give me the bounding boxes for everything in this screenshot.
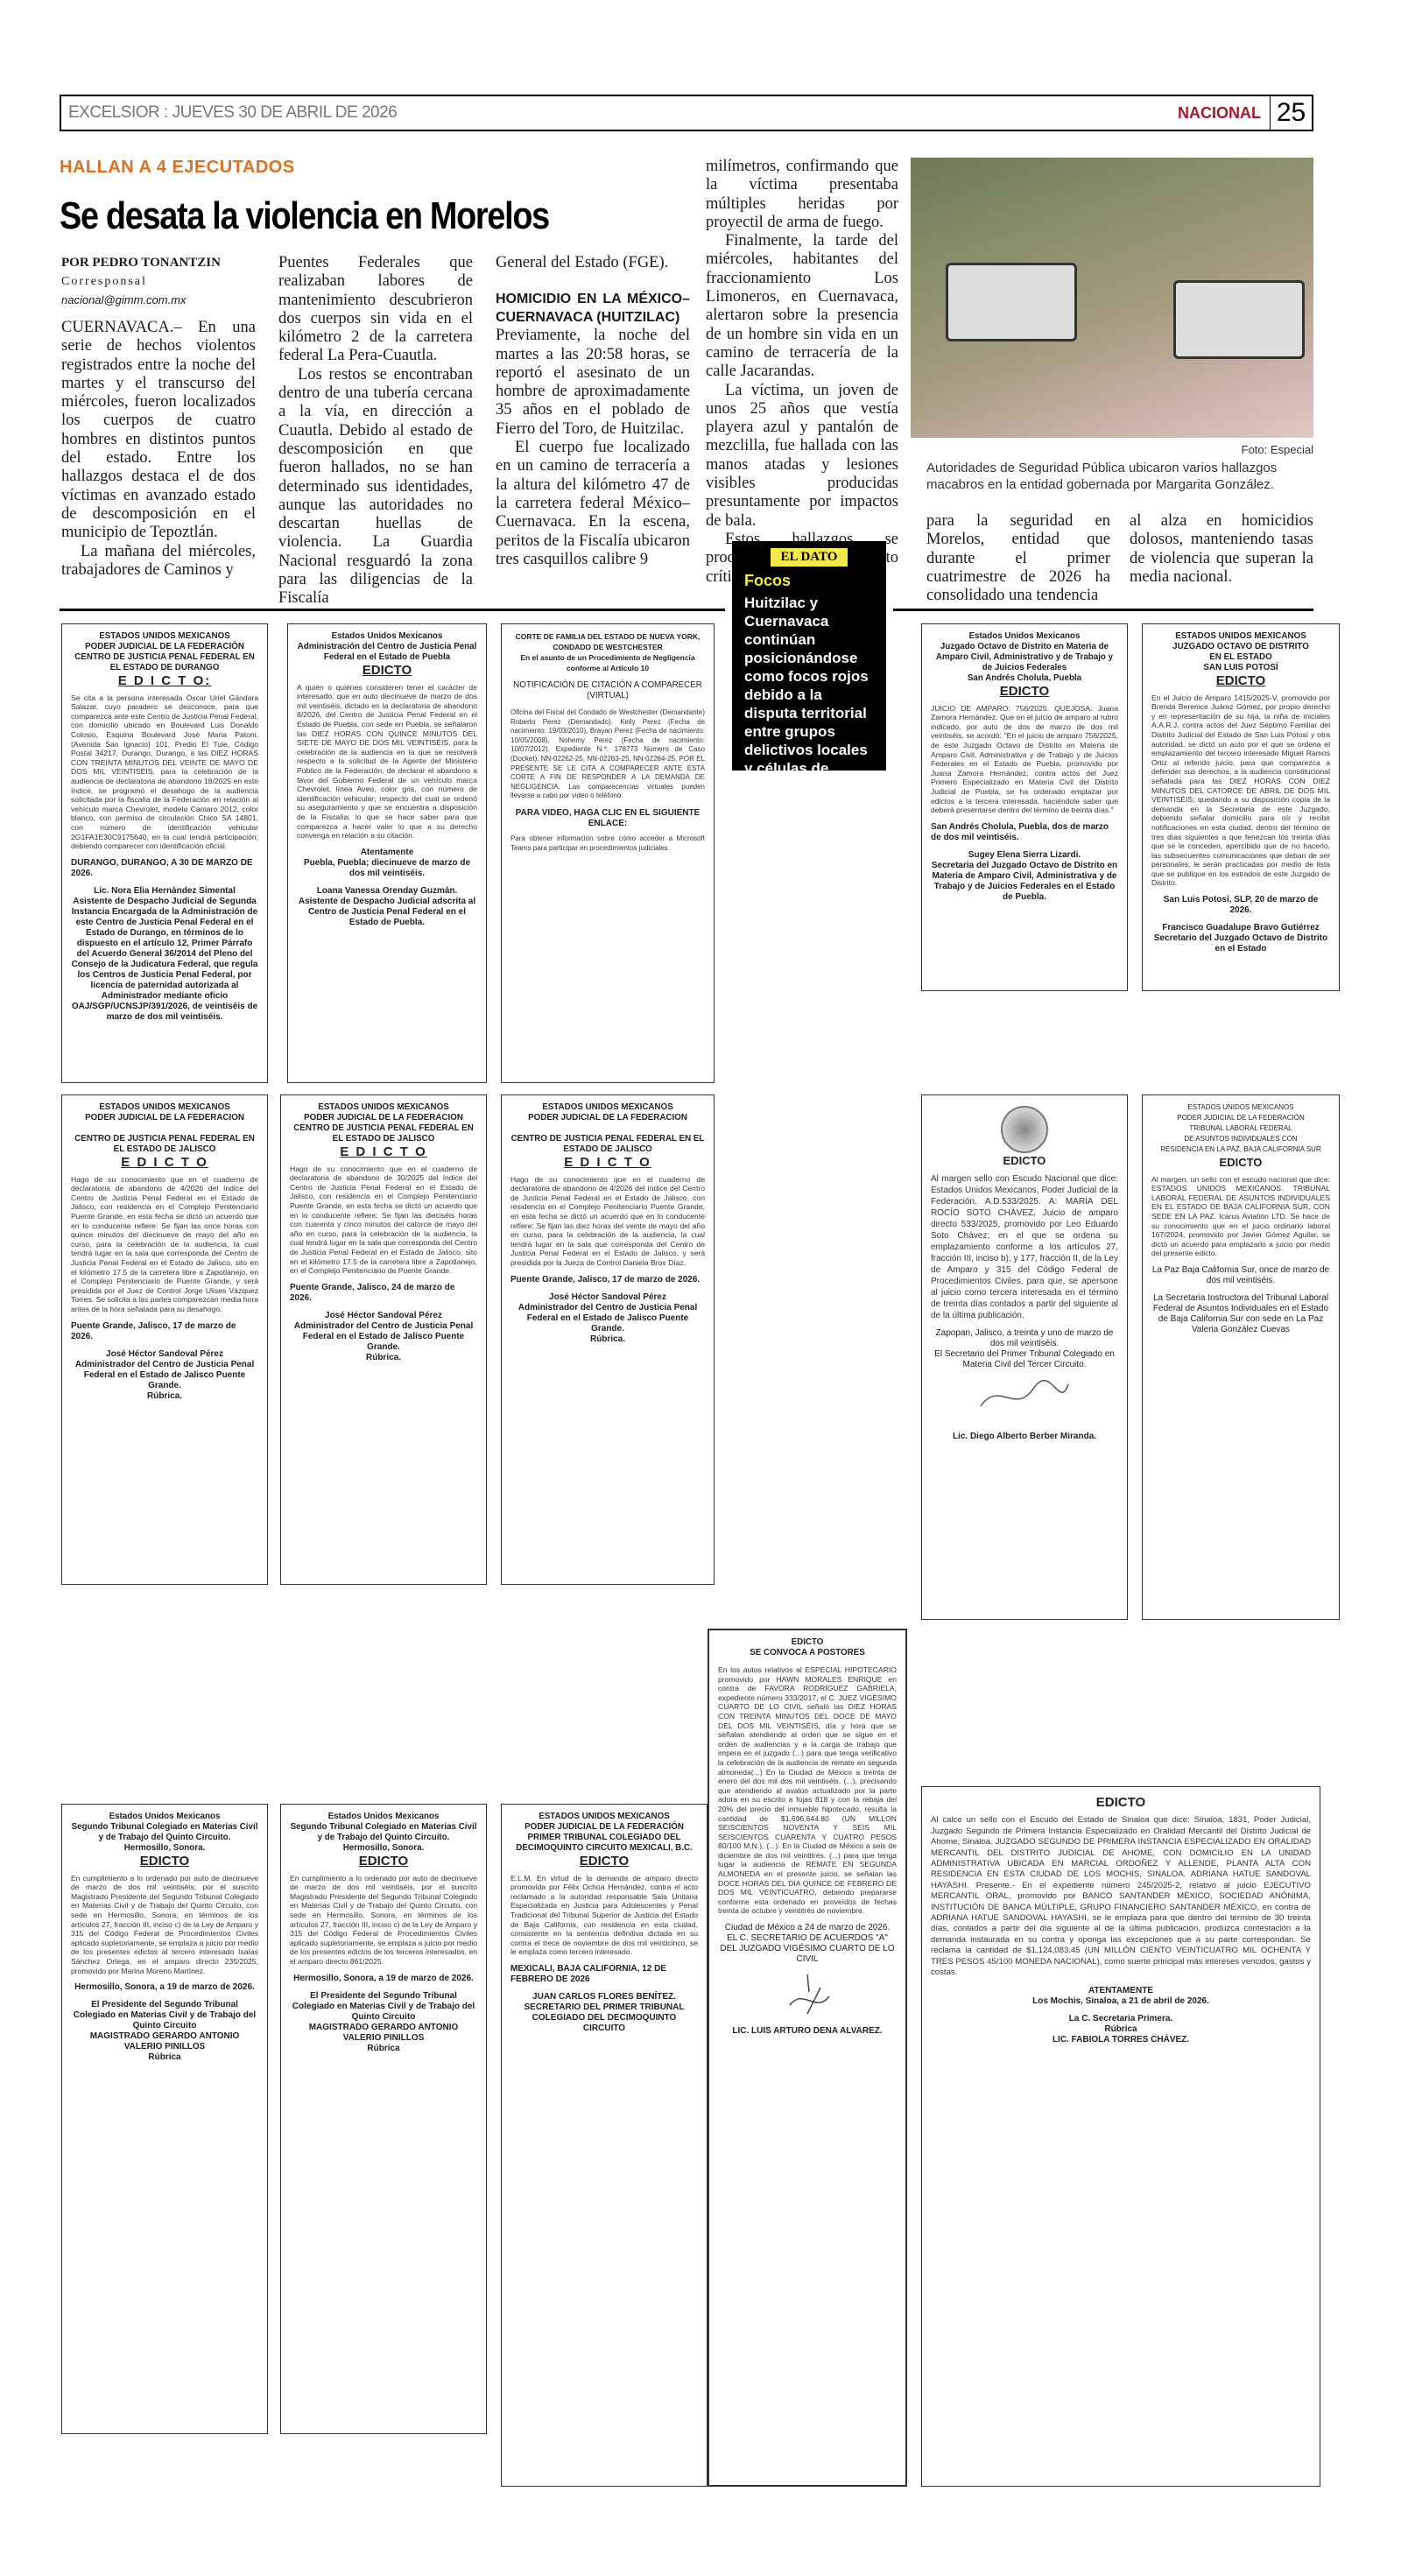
notice-date: Hermosillo, Sonora, a 19 de marzo de 202… [290, 1974, 477, 1984]
notice-signature: El Presidente del Segundo Tribunal Coleg… [71, 2000, 258, 2063]
notice-header: Estados Unidos Mexicanos Administración … [297, 631, 477, 663]
notice-body: En el Juicio de Amparo 1415/2025-V, prom… [1151, 693, 1330, 888]
notice-edicto-title: EDICTO [931, 1157, 1118, 1166]
notice-edicto-title: E D I C T O [510, 1158, 705, 1168]
notice-header: ESTADOS UNIDOS MEXICANOS PODER JUDICIAL … [510, 1102, 705, 1155]
notice-signature: José Héctor Sandoval Pérez Administrador… [71, 1349, 258, 1402]
notice-date: La Paz Baja California Sur, once de marz… [1151, 1265, 1330, 1286]
notice-header: ESTADOS UNIDOS MEXICANOS PODER JUDICIAL … [510, 1812, 698, 1854]
patrol-truck-icon [946, 263, 1077, 341]
notice-header: ESTADOS UNIDOS MEXICANOS PODER JUDICIAL … [1151, 1102, 1330, 1155]
paragraph: Los restos se encontraban dentro de una … [278, 366, 473, 609]
notice-body: Al margen sello con Escudo Nacional que … [931, 1173, 1118, 1321]
notice-date: Puente Grande, Jalisco, 24 de marzo de 2… [290, 1283, 477, 1304]
legal-notice-durango: ESTADOS UNIDOS MEXICANOS PODER JUDICIAL … [61, 623, 268, 1083]
notice-date: MEXICALI, BAJA CALIFORNIA, 12 DE FEBRERO… [510, 1964, 698, 1985]
masthead: EXCELSIOR : JUEVES 30 DE ABRIL DE 2026 N… [60, 95, 1313, 131]
notice-footer: Para obtener información sobre cómo acce… [510, 834, 705, 853]
notice-body: Oficina del Fiscal del Condado de Westch… [510, 708, 705, 801]
notice-edicto-title: EDICTO [297, 666, 477, 676]
legal-notice-cdmx-remate: EDICTO SE CONVOCA A POSTORES En los auto… [708, 1629, 907, 2487]
notice-header: ESTADOS UNIDOS MEXICANOS PODER JUDICIAL … [290, 1102, 477, 1144]
legal-notice-zapopan: EDICTO Al margen sello con Escudo Nacion… [921, 1094, 1128, 1620]
notice-body: En cumplimiento a lo ordenado por auto d… [290, 1874, 477, 1967]
author-role: Corresponsal [61, 272, 221, 291]
paragraph: milímetros, confirmando que la víctima p… [706, 158, 898, 232]
legal-notice-jalisco-1: ESTADOS UNIDOS MEXICANOS PODER JUDICIAL … [61, 1094, 268, 1585]
paragraph: La mañana del miércoles, trabajadores de… [61, 543, 256, 581]
notice-signature: El Presidente del Segundo Tribunal Coleg… [290, 1991, 477, 2054]
notice-body: Al calce un sello con el Escudo del Esta… [931, 1815, 1311, 1978]
notice-edicto-title: EDICTO [71, 1857, 258, 1867]
el-dato-body: Huitzilac y Cuernavaca continúan posicio… [744, 594, 874, 814]
legal-notice-sinaloa: EDICTO Al calce un sello con el Escudo d… [921, 1786, 1320, 2487]
notice-signature: La C. Secretaria Primera. Rúbrica LIC. F… [931, 2014, 1311, 2045]
notice-header: ESTADOS UNIDOS MEXICANOS PODER JUDICIAL … [71, 631, 258, 673]
page-number: 25 [1270, 96, 1312, 130]
legal-notice-jalisco-3: ESTADOS UNIDOS MEXICANOS PODER JUDICIAL … [501, 1094, 715, 1585]
notice-body: Se cita a la persona interesada Óscar Ur… [71, 693, 258, 851]
paragraph: Previamente, la noche del martes a las 2… [496, 327, 690, 439]
subhead: HOMICIDIO EN LA MÉXICO–CUERNAVACA (HUITZ… [496, 290, 690, 327]
notice-signature: Lic. Diego Alberto Berber Miranda. [931, 1432, 1118, 1442]
headline: Se desata la violencia en Morelos [60, 194, 549, 238]
legal-notice-la-paz: ESTADOS UNIDOS MEXICANOS PODER JUDICIAL … [1142, 1094, 1340, 1620]
legal-notice-san-luis-potosi: ESTADOS UNIDOS MEXICANOS JUZGADO OCTAVO … [1142, 623, 1340, 991]
notice-body: En los autos relativos al ESPECIAL HIPOT… [718, 1665, 897, 1916]
article-column-2: Puentes Federales que realizaban labores… [278, 254, 473, 609]
notice-body: Al margen, un sello con el escudo nacion… [1151, 1175, 1330, 1258]
notice-edicto-title: EDICTO [931, 1798, 1311, 1808]
divider [893, 609, 1313, 611]
signature-icon [718, 1970, 897, 2019]
signature-icon [931, 1376, 1118, 1425]
notice-date: ATENTAMENTE Los Mochis, Sinaloa, a 21 de… [931, 1986, 1311, 2007]
notice-signature: Sugey Elena Sierra Lizardi. Secretaria d… [931, 850, 1118, 903]
notice-date: Zapopan, Jalisco, a treinta y uno de mar… [931, 1328, 1118, 1370]
paragraph: Puentes Federales que realizaban labores… [278, 254, 473, 366]
notice-date: DURANGO, DURANGO, A 30 DE MARZO DE 2026. [71, 858, 258, 879]
article-column-3: General del Estado (FGE). HOMICIDIO EN L… [496, 254, 690, 569]
notice-body: JUICIO DE AMPARO: 756/2025. QUEJOSA: Jua… [931, 704, 1118, 815]
notice-subtitle: NOTIFICACIÓN DE CITACIÓN A COMPARECER (V… [510, 680, 705, 701]
paper-date: EXCELSIOR : JUEVES 30 DE ABRIL DE 2026 [61, 103, 1178, 123]
notice-edicto-title: EDICTO [1151, 677, 1330, 686]
notice-edicto-title: E D I C T O [71, 1158, 258, 1168]
byline: POR PEDRO TONANTZIN Corresponsal naciona… [61, 254, 221, 309]
paragraph: para la seguridad en Morelos, entidad qu… [926, 512, 1110, 605]
notice-header: Estados Unidos Mexicanos Segundo Tribuna… [71, 1812, 258, 1854]
legal-notice-mexicali: ESTADOS UNIDOS MEXICANOS PODER JUDICIAL … [501, 1804, 708, 2487]
kicker: HALLAN A 4 EJECUTADOS [60, 158, 295, 178]
news-photo [911, 158, 1313, 438]
national-seal-icon [1001, 1106, 1048, 1153]
notice-signature: JUAN CARLOS FLORES BENÍTEZ. SECRETARIO D… [510, 1992, 698, 2034]
el-dato-box: EL DATO Focos Huitzilac y Cuernavaca con… [732, 541, 886, 771]
notice-edicto-title: EDICTO [510, 1857, 698, 1867]
notice-date: San Andrés Cholula, Puebla, dos de marzo… [931, 822, 1118, 843]
notice-header: CORTE DE FAMILIA DEL ESTADO DE NUEVA YOR… [510, 631, 705, 673]
notice-body: Hago de su conocimiento que en el cuader… [510, 1175, 705, 1268]
notice-body: Hago de su conocimiento que en el cuader… [71, 1175, 258, 1314]
notice-body: En cumplimiento a lo ordenado por auto d… [71, 1874, 258, 1976]
section-name: NACIONAL [1178, 104, 1270, 123]
author-email[interactable]: nacional@gimm.com.mx [61, 291, 221, 309]
paragraph: General del Estado (FGE). [496, 254, 690, 272]
legal-notice-jalisco-2: ESTADOS UNIDOS MEXICANOS PODER JUDICIAL … [280, 1094, 487, 1585]
notice-signature: José Héctor Sandoval Pérez Administrador… [510, 1292, 705, 1345]
notice-body: E.L.M. En virtud de la demanda de amparo… [510, 1874, 698, 1957]
notice-header: ESTADOS UNIDOS MEXICANOS PODER JUDICIAL … [71, 1102, 258, 1155]
author: POR PEDRO TONANTZIN [61, 254, 221, 272]
notice-header: Estados Unidos Mexicanos Segundo Tribuna… [290, 1812, 477, 1854]
divider [60, 609, 725, 611]
notice-signature: Francisco Guadalupe Bravo Gutiérrez Secr… [1151, 923, 1330, 954]
notice-signature: Lic. Nora Elia Hernández Simental Asiste… [71, 886, 258, 1023]
notice-edicto-title: E D I C T O: [71, 677, 258, 686]
notice-header: Estados Unidos Mexicanos Juzgado Octavo … [931, 631, 1118, 684]
notice-signature: La Secretaria Instructora del Tribunal L… [1151, 1293, 1330, 1335]
paragraph: El cuerpo fue localizado en un camino de… [496, 439, 690, 569]
el-dato-tag: EL DATO [771, 548, 848, 567]
notice-date: Hermosillo, Sonora, a 19 de marzo de 202… [71, 1982, 258, 1993]
patrol-truck-icon [1173, 280, 1305, 359]
legal-notice-puebla: Estados Unidos Mexicanos Administración … [287, 623, 487, 1083]
legal-notice-cholula: Estados Unidos Mexicanos Juzgado Octavo … [921, 623, 1128, 991]
notice-date: San Luis Potosí, SLP, 20 de marzo de 202… [1151, 895, 1330, 916]
notice-signature: Loana Vanessa Orenday Guzmán. Asistente … [297, 886, 477, 928]
article-column-1: CUERNAVACA.– En una serie de hechos viol… [61, 319, 256, 580]
notice-edicto-title: E D I C T O [290, 1148, 477, 1158]
paragraph: al alza en homicidios dolosos, mantenien… [1130, 512, 1313, 587]
video-link-label[interactable]: PARA VIDEO, HAGA CLIC EN EL SIGUIENTE EN… [510, 808, 705, 829]
photo-caption: Autoridades de Seguridad Pública ubicaro… [926, 460, 1312, 493]
notice-date: Ciudad de México a 24 de marzo de 2026. … [718, 1923, 897, 1965]
legal-notice-new-york: CORTE DE FAMILIA DEL ESTADO DE NUEVA YOR… [501, 623, 715, 1083]
el-dato-title: Focos [744, 572, 874, 590]
notice-signature: LIC. LUIS ARTURO DENA ALVAREZ. [718, 2026, 897, 2037]
notice-header: ESTADOS UNIDOS MEXICANOS JUZGADO OCTAVO … [1151, 631, 1330, 673]
photo-credit: Foto: Especial [1242, 443, 1313, 456]
notice-edicto-title: EDICTO [1151, 1158, 1330, 1168]
notice-body: A quién o quiénes consideren tener el ca… [297, 683, 477, 841]
article-column-4: milímetros, confirmando que la víctima p… [706, 158, 898, 587]
article-column-6: al alza en homicidios dolosos, mantenien… [1130, 512, 1313, 587]
paragraph: Finalmente, la tarde del miércoles, habi… [706, 232, 898, 381]
notice-body: Hago de su conocimiento que en el cuader… [290, 1165, 477, 1276]
notice-header: EDICTO SE CONVOCA A POSTORES [718, 1637, 897, 1658]
notice-date: Puente Grande, Jalisco, 17 de marzo de 2… [71, 1321, 258, 1342]
notice-date: Atentamente Puebla, Puebla; diecinueve d… [297, 848, 477, 879]
paragraph: La víctima, un joven de unos 25 años que… [706, 382, 898, 531]
notice-signature: José Héctor Sandoval Pérez Administrador… [290, 1311, 477, 1363]
notice-edicto-title: EDICTO [931, 687, 1118, 697]
legal-notice-hermosillo-2: Estados Unidos Mexicanos Segundo Tribuna… [280, 1804, 487, 2434]
legal-notice-hermosillo-1: Estados Unidos Mexicanos Segundo Tribuna… [61, 1804, 268, 2434]
notice-edicto-title: EDICTO [290, 1857, 477, 1867]
paragraph: CUERNAVACA.– En una serie de hechos viol… [61, 319, 256, 543]
notice-date: Puente Grande, Jalisco, 17 de marzo de 2… [510, 1275, 705, 1285]
article-column-5: para la seguridad en Morelos, entidad qu… [926, 512, 1110, 605]
